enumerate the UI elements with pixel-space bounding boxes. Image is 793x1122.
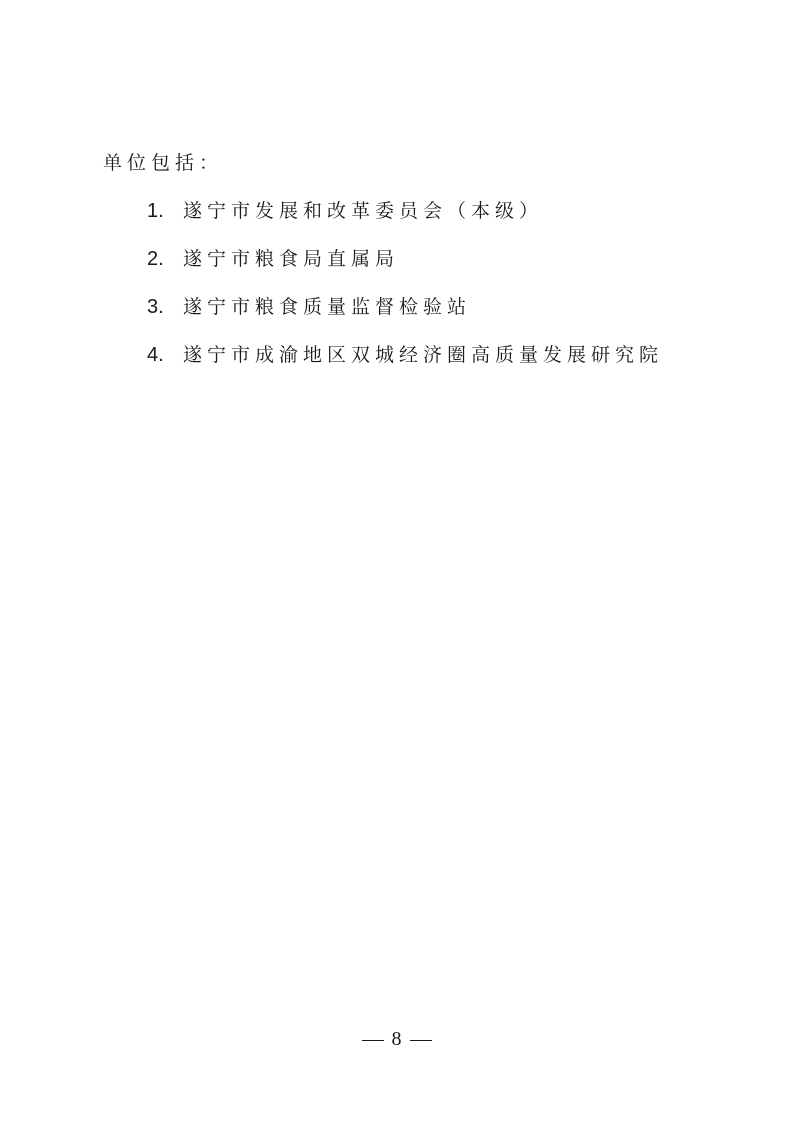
section-heading: 单位包括：: [103, 150, 223, 176]
list-item: 3. 遂宁市粮食质量监督检验站: [147, 294, 663, 342]
list-item: 4. 遂宁市成渝地区双城经济圈高质量发展研究院: [147, 342, 663, 390]
unit-name: 遂宁市粮食质量监督检验站: [183, 294, 471, 342]
list-number: 1.: [147, 198, 183, 246]
list-number: 2.: [147, 246, 183, 294]
document-page: 单位包括： 1. 遂宁市发展和改革委员会（本级） 2. 遂宁市粮食局直属局 3.…: [0, 0, 793, 1122]
list-item: 1. 遂宁市发展和改革委员会（本级）: [147, 198, 663, 246]
page-number: 8: [392, 1028, 402, 1050]
unit-name: 遂宁市粮食局直属局: [183, 246, 399, 294]
unit-name: 遂宁市发展和改革委员会（本级）: [183, 198, 543, 246]
page-footer: 8: [0, 1028, 793, 1051]
dash-right: [410, 1040, 432, 1041]
dash-left: [362, 1040, 384, 1041]
list-number: 3.: [147, 294, 183, 342]
unit-list: 1. 遂宁市发展和改革委员会（本级） 2. 遂宁市粮食局直属局 3. 遂宁市粮食…: [147, 198, 663, 390]
unit-name: 遂宁市成渝地区双城经济圈高质量发展研究院: [183, 342, 663, 390]
list-item: 2. 遂宁市粮食局直属局: [147, 246, 663, 294]
list-number: 4.: [147, 342, 183, 390]
